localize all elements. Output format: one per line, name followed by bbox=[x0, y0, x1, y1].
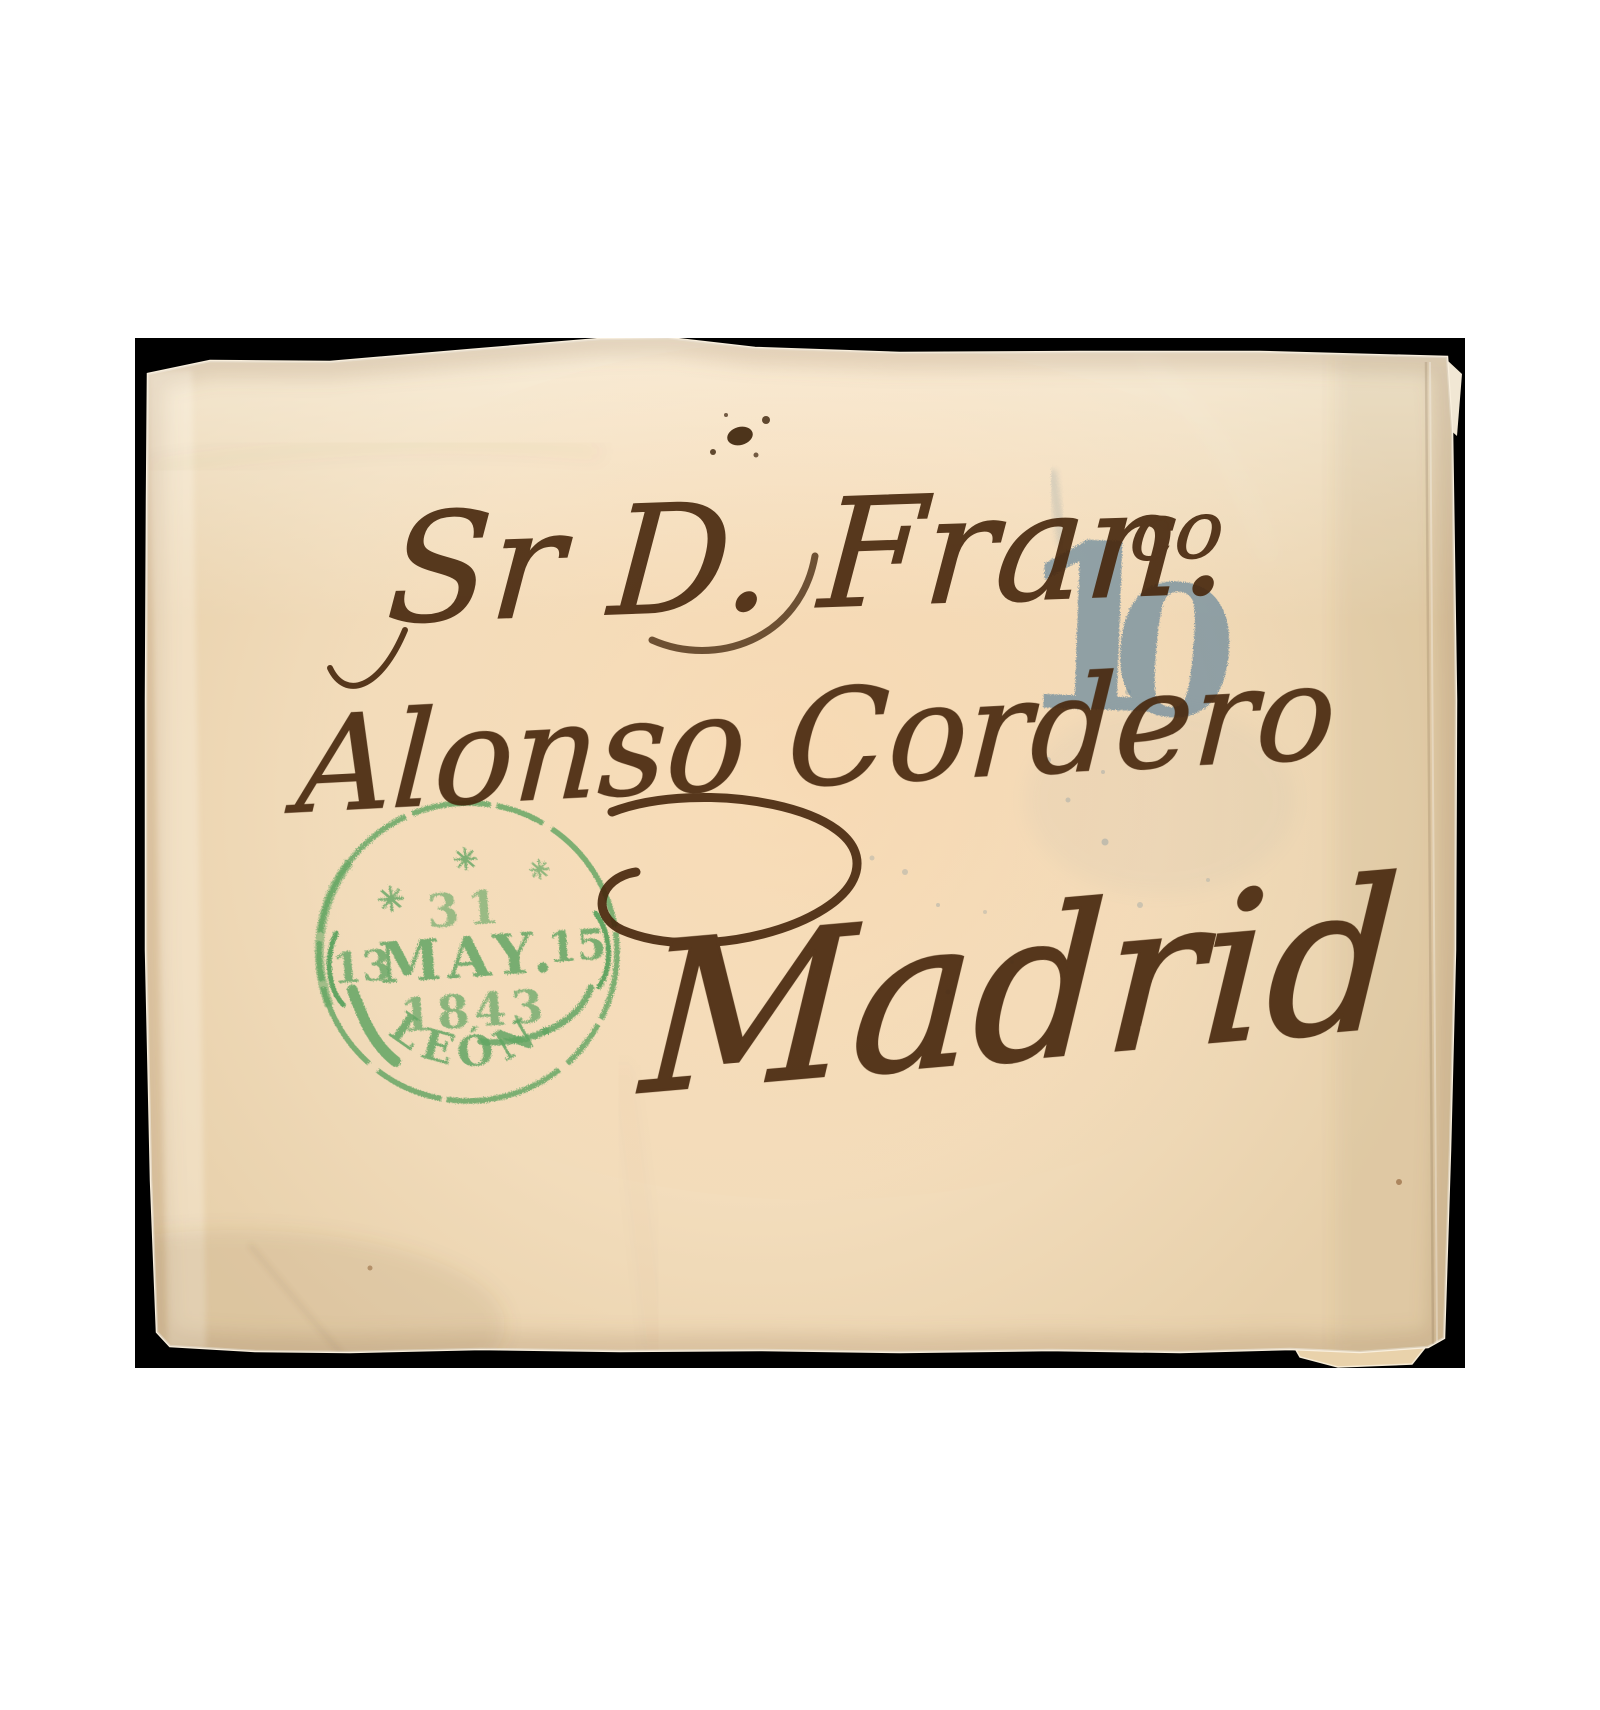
star-icon: ✳ bbox=[528, 855, 552, 886]
star-icon: ✳ bbox=[376, 879, 407, 921]
address-line1-superscript: co bbox=[1126, 482, 1229, 579]
star-icon: ✳ bbox=[452, 842, 480, 879]
photo-frame: ✳ ✳ ✳ 13 15 31 MAY. 1843 LEÓN. bbox=[135, 338, 1465, 1368]
photo-page: ✳ ✳ ✳ 13 15 31 MAY. 1843 LEÓN. bbox=[0, 0, 1600, 1710]
address-line1: Sr D. Fran. bbox=[382, 454, 1236, 658]
